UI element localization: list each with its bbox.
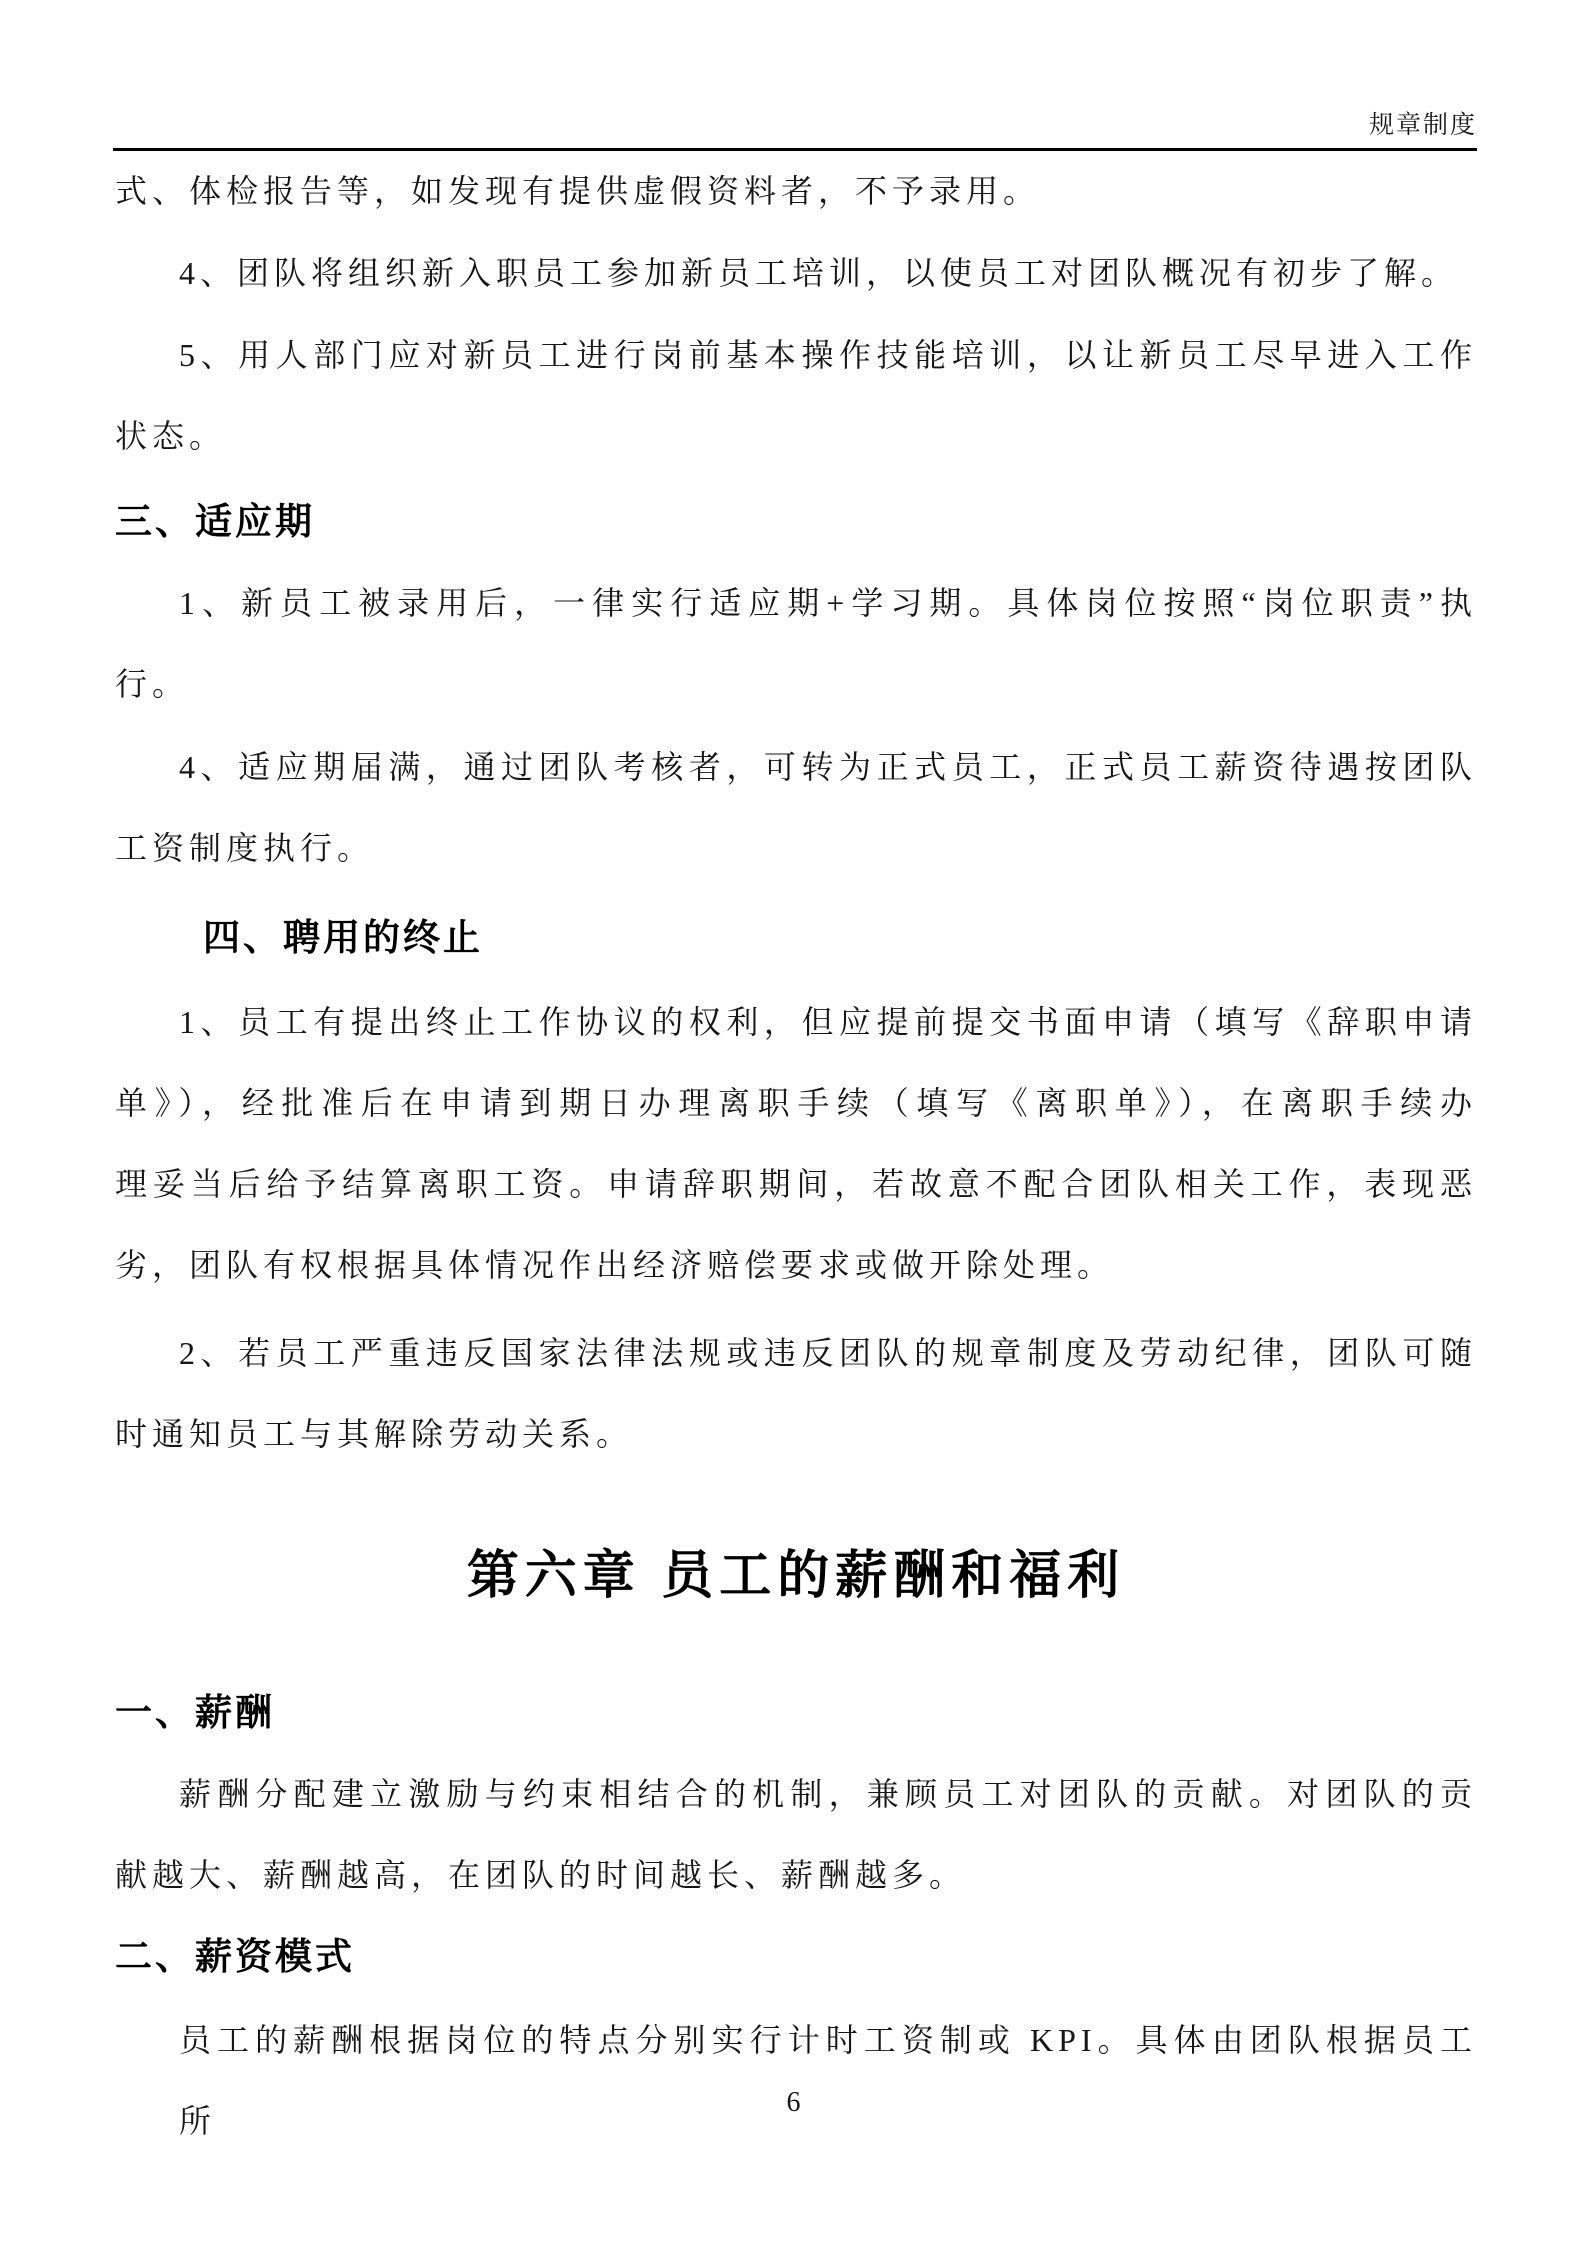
- paragraph-line: 行。: [115, 644, 1477, 725]
- paragraph-item5-prejob: 5、用人部门应对新员工进行岗前基本操作技能培训，以让新员工尽早进入工作 状态。: [115, 315, 1477, 477]
- paragraph-line: 工资制度执行。: [115, 808, 1477, 889]
- paragraph-line: 薪酬分配建立激励与约束相结合的机制，兼顾员工对团队的贡献。对团队的贡: [115, 1754, 1477, 1835]
- paragraph-line: 式、体检报告等，如发现有提供虚假资料者，不予录用。: [115, 151, 1477, 232]
- page-number: 6: [0, 2087, 1587, 2119]
- paragraph-recruit-tail: 式、体检报告等，如发现有提供虚假资料者，不予录用。: [115, 151, 1477, 232]
- paragraph-line: 2、若员工严重违反国家法律法规或违反团队的规章制度及劳动纪律，团队可随: [115, 1313, 1477, 1394]
- paragraph-line: 理妥当后给予结算离职工资。申请辞职期间，若故意不配合团队相关工作，表现恶: [115, 1144, 1477, 1225]
- paragraph-item4-training: 4、团队将组织新入职员工参加新员工培训，以使员工对团队概况有初步了解。: [115, 233, 1477, 314]
- paragraph-line: 劣，团队有权根据具体情况作出经济赔偿要求或做开除处理。: [115, 1225, 1477, 1306]
- section-heading-adaptation: 三、适应期: [115, 492, 1477, 552]
- paragraph-line: 1、员工有提出终止工作协议的权利，但应提前提交书面申请（填写《辞职申请: [115, 982, 1477, 1063]
- chapter-title: 第六章 员工的薪酬和福利: [115, 1541, 1477, 1611]
- paragraph-termination-item2: 2、若员工严重违反国家法律法规或违反团队的规章制度及劳动纪律，团队可随 时通知员…: [115, 1313, 1477, 1475]
- paragraph-line: 4、适应期届满，通过团队考核者，可转为正式员工，正式员工薪资待遇按团队: [115, 727, 1477, 808]
- section-heading-termination: 四、聘用的终止: [115, 908, 1565, 968]
- paragraph-line: 4、团队将组织新入职员工参加新员工培训，以使员工对团队概况有初步了解。: [115, 233, 1477, 314]
- paragraph-line: 时通知员工与其解除劳动关系。: [115, 1394, 1477, 1475]
- paragraph-adaptation-item1: 1、新员工被录用后，一律实行适应期+学习期。具体岗位按照“岗位职责”执 行。: [115, 563, 1477, 725]
- page-header-label: 规章制度: [1369, 111, 1477, 141]
- document-page: 规章制度 式、体检报告等，如发现有提供虚假资料者，不予录用。 4、团队将组织新入…: [0, 0, 1587, 2245]
- paragraph-line: 5、用人部门应对新员工进行岗前基本操作技能培训，以让新员工尽早进入工作: [115, 315, 1477, 396]
- paragraph-line: 1、新员工被录用后，一律实行适应期+学习期。具体岗位按照“岗位职责”执: [115, 563, 1477, 644]
- paragraph-salary: 薪酬分配建立激励与约束相结合的机制，兼顾员工对团队的贡献。对团队的贡 献越大、薪…: [115, 1754, 1477, 1916]
- section-heading-salary-model: 二、薪资模式: [115, 1927, 1477, 1987]
- paragraph-salary-model: 员工的薪酬根据岗位的特点分别实行计时工资制或 KPI。具体由团队根据员工所: [115, 2000, 1477, 2162]
- paragraph-line: 单》），经批准后在申请到期日办理离职手续（填写《离职单》），在离职手续办: [115, 1063, 1477, 1144]
- section-heading-salary: 一、薪酬: [115, 1683, 1477, 1743]
- paragraph-adaptation-item4: 4、适应期届满，通过团队考核者，可转为正式员工，正式员工薪资待遇按团队 工资制度…: [115, 727, 1477, 889]
- paragraph-line: 状态。: [115, 396, 1477, 477]
- paragraph-termination-item1: 1、员工有提出终止工作协议的权利，但应提前提交书面申请（填写《辞职申请 单》），…: [115, 982, 1477, 1306]
- paragraph-line: 献越大、薪酬越高，在团队的时间越长、薪酬越多。: [115, 1835, 1477, 1916]
- paragraph-line: 员工的薪酬根据岗位的特点分别实行计时工资制或 KPI。具体由团队根据员工所: [115, 2000, 1477, 2162]
